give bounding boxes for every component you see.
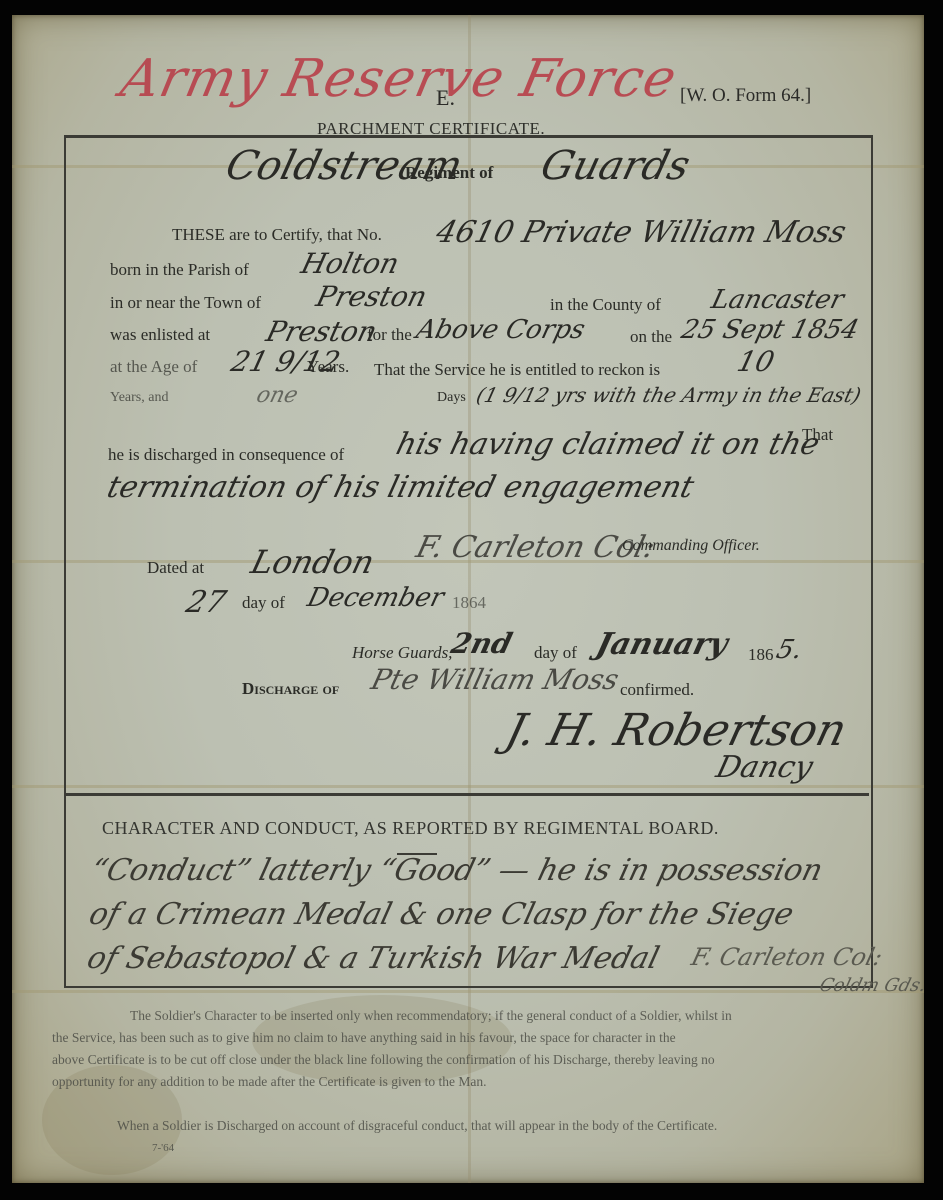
enlisted-label: was enlisted at xyxy=(110,325,210,345)
discharge-year: 1864 xyxy=(452,593,486,613)
footnote-1-line-3: above Certificate is to be cut off close… xyxy=(52,1049,715,1071)
discharge-of-label: Discharge of xyxy=(242,679,339,698)
certificate-paper: Army Reserve Force E. [W. O. Form 64.] P… xyxy=(12,15,924,1183)
fold-line-horizontal xyxy=(12,990,924,993)
date-label: on the xyxy=(630,327,672,347)
discharged-name: Pte William Moss xyxy=(368,663,622,696)
character-line-2: of a Crimean Medal & one Clasp for the S… xyxy=(86,897,797,932)
enlisted-at-value: Preston xyxy=(263,315,381,348)
years-and-label: Years, and xyxy=(110,390,168,406)
character-line-1: “Conduct” latterly “Good” — he is in pos… xyxy=(88,853,827,888)
town-label: in or near the Town of xyxy=(110,293,261,313)
county-label: in the County of xyxy=(550,295,661,315)
dated-place: London xyxy=(247,543,378,581)
regiment-printed: Regiment of xyxy=(405,163,493,183)
character-line-3: of Sebastopol & a Turkish War Medal xyxy=(84,941,663,976)
discharge-reason-label: he is discharged in consequence of xyxy=(108,445,344,465)
dated-label: Dated at xyxy=(147,558,204,578)
confirmation-year-prefix: 186 xyxy=(748,645,774,665)
enlisted-date-value: 25 Sept 1854 xyxy=(678,315,862,345)
parish-value: Holton xyxy=(298,247,403,280)
print-code: 7-'64 xyxy=(152,1137,174,1159)
service-note: (1 9/12 yrs with the Army in the East) xyxy=(474,383,864,407)
confirmed-label: confirmed. xyxy=(620,680,694,700)
confirmation-day: 2nd xyxy=(448,627,516,660)
soldier-number-name: 4610 Private William Moss xyxy=(433,215,850,250)
character-heading: CHARACTER AND CONDUCT, AS REPORTED BY RE… xyxy=(102,818,719,839)
discharge-month: December xyxy=(304,583,447,613)
parish-label: born in the Parish of xyxy=(110,260,249,280)
footnote-1-line-2: the Service, has been such as to give hi… xyxy=(52,1027,676,1049)
character-signature: F. Carleton Col: xyxy=(689,943,886,971)
discharge-reason-line1: his having claimed it on the xyxy=(393,427,823,462)
horse-guards-label: Horse Guards, xyxy=(352,643,452,663)
character-signature-2: Coldm Gds. xyxy=(817,975,928,996)
certify-label: THESE are to Certify, that No. xyxy=(172,225,382,245)
confirmation-month: January xyxy=(593,627,732,662)
adjutant-general-signature: J. H. Robertson xyxy=(501,705,852,756)
character-divider xyxy=(64,793,869,796)
form-number: [W. O. Form 64.] xyxy=(680,85,811,107)
confirmation-day-of-label: day of xyxy=(534,643,577,663)
age-label: at the Age of xyxy=(110,357,197,377)
regiment-handwritten-suffix: Guards xyxy=(536,143,694,189)
years-label: Years. xyxy=(307,357,349,377)
footnote-2: When a Soldier is Discharged on account … xyxy=(117,1115,717,1137)
discharge-reason-line2: termination of his limited engagement xyxy=(104,470,698,505)
service-label: That the Service he is entitled to recko… xyxy=(374,360,660,380)
adjutant-general-signature-suffix: Dancy xyxy=(713,750,817,785)
service-days-value: one xyxy=(254,383,301,408)
day-of-label: day of xyxy=(242,593,285,613)
town-value: Preston xyxy=(313,280,431,313)
printed-letter: E. xyxy=(436,85,455,111)
footnote-1-line-1: The Soldier's Character to be inserted o… xyxy=(130,1005,732,1027)
footnote-1-line-4: opportunity for any addition to be made … xyxy=(52,1071,487,1093)
commanding-officer-title: Commanding Officer. xyxy=(622,537,760,555)
army-reserve-force-annotation: Army Reserve Force xyxy=(116,49,683,109)
corps-value: Above Corps xyxy=(413,315,588,345)
corps-label: for the xyxy=(367,325,412,345)
days-label: Days xyxy=(437,390,466,406)
county-value: Lancaster xyxy=(708,285,847,315)
